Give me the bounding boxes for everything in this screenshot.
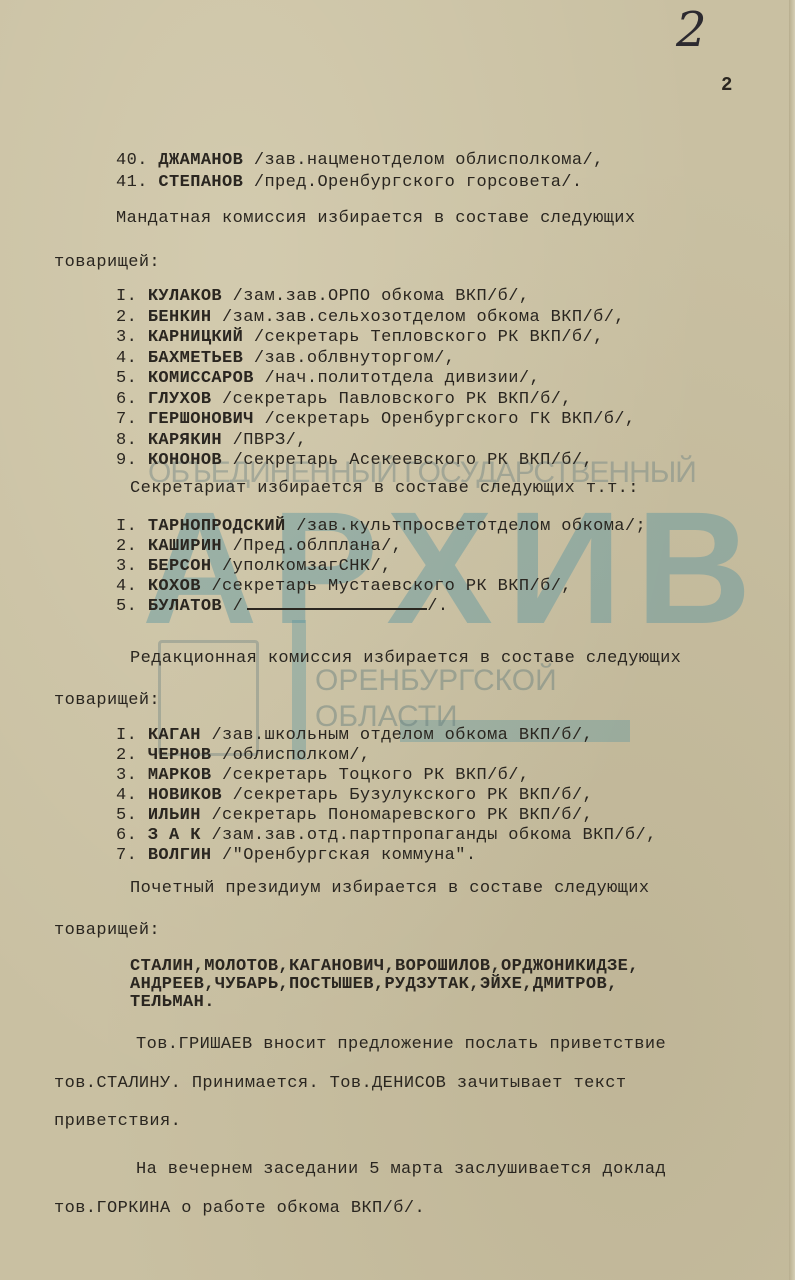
paragraph-line: тов.СТАЛИНУ. Принимается. Тов.ДЕНИСОВ за… bbox=[54, 1075, 627, 1093]
item-number: 3. bbox=[116, 328, 148, 347]
page-number: 2 bbox=[721, 74, 732, 96]
mandate-intro-cont: товарищей: bbox=[54, 254, 160, 272]
list-item: 5. КОМИССАРОВ /нач.политотдела дивизии/, bbox=[116, 370, 540, 388]
item-number: 2. bbox=[116, 746, 148, 765]
mandate-intro: Мандатная комиссия избирается в составе … bbox=[116, 210, 635, 228]
item-description: /секретарь Оренбургского ГК ВКП/б/, bbox=[264, 410, 635, 429]
item-description: / bbox=[233, 597, 244, 616]
presidium-names: СТАЛИН,МОЛОТОВ,КАГАНОВИЧ,ВОРОШИЛОВ,ОРДЖО… bbox=[130, 958, 639, 976]
item-number: 3. bbox=[116, 557, 148, 576]
item-number: 8. bbox=[116, 431, 148, 450]
item-name: КОХОВ bbox=[148, 577, 212, 596]
list-item: 41. СТЕПАНОВ /пред.Оренбургского горсове… bbox=[116, 174, 583, 192]
editorial-intro-cont: товарищей: bbox=[54, 692, 160, 710]
item-description: /зав.облвнуторгом/, bbox=[254, 349, 455, 368]
item-number: 41. bbox=[116, 173, 158, 192]
handwritten-folio-number: 2 bbox=[676, 2, 707, 58]
item-number: 4. bbox=[116, 577, 148, 596]
item-description: /Пред.облплана/, bbox=[233, 537, 403, 556]
item-description: /ПВРЗ/, bbox=[233, 431, 307, 450]
item-number: 7. bbox=[116, 410, 148, 429]
presidium-names: ТЕЛЬМАН. bbox=[130, 994, 215, 1012]
paragraph-line: На вечернем заседании 5 марта заслушивае… bbox=[136, 1161, 666, 1179]
item-number: 5. bbox=[116, 806, 148, 825]
list-item: I. КАГАН /зав.школьным отделом обкома ВК… bbox=[116, 727, 593, 745]
blank-underline bbox=[247, 608, 427, 610]
item-number: 4. bbox=[116, 349, 148, 368]
item-number: I. bbox=[116, 517, 148, 536]
item-name: КУЛАКОВ bbox=[148, 287, 233, 306]
list-item: 5. ИЛЬИН /секретарь Пономаревского РК ВК… bbox=[116, 807, 593, 825]
list-item: 4. КОХОВ /секретарь Мустаевского РК ВКП/… bbox=[116, 578, 572, 596]
list-item: 9. КОНОНОВ /секретарь Асекеевского РК ВК… bbox=[116, 452, 593, 470]
page-edge bbox=[789, 0, 795, 1280]
item-description: /зав.нацменотделом облисполкома/, bbox=[254, 151, 604, 170]
item-number: I. bbox=[116, 726, 148, 745]
watermark-line-2: ОРЕНБУРГСКОЙ bbox=[315, 664, 557, 698]
item-name: СТЕПАНОВ bbox=[158, 173, 253, 192]
item-name: КАГАН bbox=[148, 726, 212, 745]
item-description: /секретарь Асекеевского РК ВКП/б/, bbox=[233, 451, 593, 470]
list-item: 40. ДЖАМАНОВ /зав.нацменотделом облиспол… bbox=[116, 152, 604, 170]
item-name: КАРНИЦКИЙ bbox=[148, 328, 254, 347]
list-item: 8. КАРЯКИН /ПВРЗ/, bbox=[116, 432, 307, 450]
item-number: 40. bbox=[116, 151, 158, 170]
list-item: 2. БЕНКИН /зам.зав.сельхозотделом обкома… bbox=[116, 309, 625, 327]
item-description: /секретарь Пономаревского РК ВКП/б/, bbox=[211, 806, 593, 825]
paragraph-line: приветствия. bbox=[54, 1113, 181, 1131]
item-number: 2. bbox=[116, 308, 148, 327]
list-item: 7. ГЕРШОНОВИЧ /секретарь Оренбургского Г… bbox=[116, 411, 636, 429]
list-item: 3. МАРКОВ /секретарь Тоцкого РК ВКП/б/, bbox=[116, 767, 529, 785]
item-name: ГЕРШОНОВИЧ bbox=[148, 410, 265, 429]
list-item: 7. ВОЛГИН /"Оренбургская коммуна". bbox=[116, 847, 476, 865]
item-number: 7. bbox=[116, 846, 148, 865]
item-name: ВОЛГИН bbox=[148, 846, 222, 865]
paragraph-line: тов.ГОРКИНА о работе обкома ВКП/б/. bbox=[54, 1200, 425, 1218]
item-name: З А К bbox=[148, 826, 212, 845]
item-name: КАШИРИН bbox=[148, 537, 233, 556]
item-description: /нач.политотдела дивизии/, bbox=[264, 369, 540, 388]
secretariat-intro: Секретариат избирается в составе следующ… bbox=[130, 480, 639, 498]
item-description: /зав.культпросветотделом обкома/; bbox=[296, 517, 646, 536]
list-item: 4. БАХМЕТЬЕВ /зав.облвнуторгом/, bbox=[116, 350, 455, 368]
item-name: ГЛУХОВ bbox=[148, 390, 222, 409]
item-description: /уполкомзагСНК/, bbox=[222, 557, 392, 576]
editorial-intro: Редакционная комиссия избирается в соста… bbox=[130, 650, 681, 668]
list-item: 2. ЧЕРНОВ /облисполком/, bbox=[116, 747, 370, 765]
item-number: 4. bbox=[116, 786, 148, 805]
item-name: БЕНКИН bbox=[148, 308, 222, 327]
item-name: ТАРНОПРОДСКИЙ bbox=[148, 517, 296, 536]
item-description: /зам.зав.отд.партпропаганды обкома ВКП/б… bbox=[211, 826, 656, 845]
item-number: 3. bbox=[116, 766, 148, 785]
item-name: ДЖАМАНОВ bbox=[158, 151, 253, 170]
list-item: 3. БЕРСОН /уполкомзагСНК/, bbox=[116, 558, 392, 576]
presidium-intro-cont: товарищей: bbox=[54, 922, 160, 940]
item-name: КОНОНОВ bbox=[148, 451, 233, 470]
item-number: 2. bbox=[116, 537, 148, 556]
item-name: КОМИССАРОВ bbox=[148, 369, 265, 388]
item-description: /секретарь Павловского РК ВКП/б/, bbox=[222, 390, 572, 409]
item-description: /зам.зав.ОРПО обкома ВКП/б/, bbox=[233, 287, 530, 306]
item-number: 9. bbox=[116, 451, 148, 470]
item-name: БАХМЕТЬЕВ bbox=[148, 349, 254, 368]
item-name: ИЛЬИН bbox=[148, 806, 212, 825]
item-number: 6. bbox=[116, 826, 148, 845]
item-description: /облисполком/, bbox=[222, 746, 370, 765]
presidium-intro: Почетный президиум избирается в составе … bbox=[130, 880, 649, 898]
item-description: /секретарь Бузулукского РК ВКП/б/, bbox=[233, 786, 593, 805]
item-name: МАРКОВ bbox=[148, 766, 222, 785]
list-item: 4. НОВИКОВ /секретарь Бузулукского РК ВК… bbox=[116, 787, 593, 805]
item-name: КАРЯКИН bbox=[148, 431, 233, 450]
item-description: /секретарь Мустаевского РК ВКП/б/, bbox=[211, 577, 571, 596]
item-description: /секретарь Тоцкого РК ВКП/б/, bbox=[222, 766, 529, 785]
list-item: I. ТАРНОПРОДСКИЙ /зав.культпросветотдело… bbox=[116, 518, 646, 536]
list-item: 3. КАРНИЦКИЙ /секретарь Тепловского РК В… bbox=[116, 329, 604, 347]
presidium-names: АНДРЕЕВ,ЧУБАРЬ,ПОСТЫШЕВ,РУДЗУТАК,ЭЙХЕ,ДМ… bbox=[130, 976, 618, 994]
item-number: 5. bbox=[116, 369, 148, 388]
list-item: 5. БУЛАТОВ //. bbox=[116, 598, 448, 616]
paragraph-line: Тов.ГРИШАЕВ вносит предложение послать п… bbox=[136, 1036, 666, 1054]
item-name: БЕРСОН bbox=[148, 557, 222, 576]
list-item: I. КУЛАКОВ /зам.зав.ОРПО обкома ВКП/б/, bbox=[116, 288, 530, 306]
item-number: I. bbox=[116, 287, 148, 306]
list-item: 2. КАШИРИН /Пред.облплана/, bbox=[116, 538, 402, 556]
item-description: /секретарь Тепловского РК ВКП/б/, bbox=[254, 328, 604, 347]
item-description: /зам.зав.сельхозотделом обкома ВКП/б/, bbox=[222, 308, 625, 327]
item-number: 6. bbox=[116, 390, 148, 409]
item-description: /"Оренбургская коммуна". bbox=[222, 846, 476, 865]
list-item: 6. ГЛУХОВ /секретарь Павловского РК ВКП/… bbox=[116, 391, 572, 409]
item-number: 5. bbox=[116, 597, 148, 616]
item-name: ЧЕРНОВ bbox=[148, 746, 222, 765]
item-description: /зав.школьным отделом обкома ВКП/б/, bbox=[211, 726, 593, 745]
list-item: 6. З А К /зам.зав.отд.партпропаганды обк… bbox=[116, 827, 657, 845]
item-description-end: /. bbox=[427, 597, 448, 616]
item-description: /пред.Оренбургского горсовета/. bbox=[254, 173, 583, 192]
item-name: БУЛАТОВ bbox=[148, 597, 233, 616]
item-name: НОВИКОВ bbox=[148, 786, 233, 805]
